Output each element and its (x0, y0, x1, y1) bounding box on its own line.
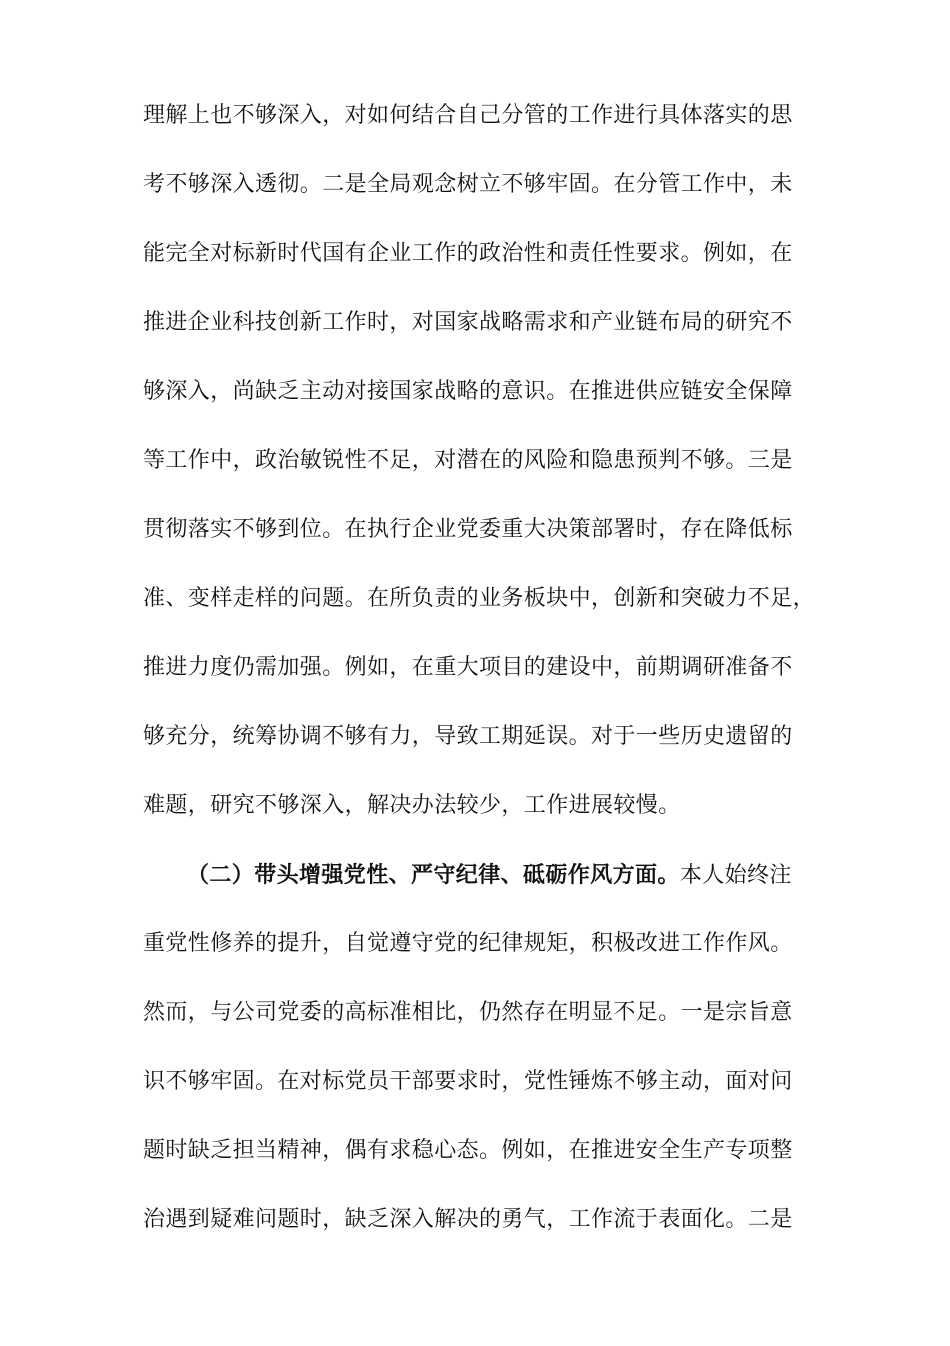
text-line: 理解上也不够深入，对如何结合自己分管的工作进行具体落实的思 (143, 96, 811, 165)
text-line: 够充分，统筹协调不够有力，导致工期延误。对于一些历史遗留的 (143, 717, 811, 786)
text-line: 准、变样走样的问题。在所负责的业务板块中，创新和突破力不足， (143, 579, 811, 648)
text-line: 贯彻落实不够到位。在执行企业党委重大决策部署时，存在降低标 (143, 510, 811, 579)
text-line: 能完全对标新时代国有企业工作的政治性和责任性要求。例如，在 (143, 234, 811, 303)
text-line: 难题，研究不够深入，解决办法较少，工作进展较慢。 (143, 786, 811, 855)
text-line: 考不够深入透彻。二是全局观念树立不够牢固。在分管工作中，未 (143, 165, 811, 234)
section-heading: （二）带头增强党性、严守纪律、砥砺作风方面。 (187, 862, 680, 888)
text-line: 推进企业科技创新工作时，对国家战略需求和产业链布局的研究不 (143, 303, 811, 372)
text-line: 识不够牢固。在对标党员干部要求时，党性锤炼不够主动，面对问 (143, 1062, 811, 1131)
heading-continuation: 本人始终注 (680, 863, 792, 888)
paragraph-1: 理解上也不够深入，对如何结合自己分管的工作进行具体落实的思 考不够深入透彻。二是… (143, 96, 811, 855)
text-line: 重党性修养的提升，自觉遵守党的纪律规矩，积极改进工作作风。 (143, 924, 811, 993)
text-line: 等工作中，政治敏锐性不足，对潜在的风险和隐患预判不够。三是 (143, 441, 811, 510)
text-line: 治遇到疑难问题时，缺乏深入解决的勇气，工作流于表面化。二是 (143, 1200, 811, 1269)
document-page: 理解上也不够深入，对如何结合自己分管的工作进行具体落实的思 考不够深入透彻。二是… (143, 96, 811, 1269)
paragraph-2: （二）带头增强党性、严守纪律、砥砺作风方面。本人始终注 重党性修养的提升，自觉遵… (143, 855, 811, 1269)
text-line: 够深入，尚缺乏主动对接国家战略的意识。在推进供应链安全保障 (143, 372, 811, 441)
text-line: 然而，与公司党委的高标准相比，仍然存在明显不足。一是宗旨意 (143, 993, 811, 1062)
text-line: 推进力度仍需加强。例如，在重大项目的建设中，前期调研准备不 (143, 648, 811, 717)
text-line-first: （二）带头增强党性、严守纪律、砥砺作风方面。本人始终注 (143, 855, 811, 924)
text-line: 题时缺乏担当精神，偶有求稳心态。例如，在推进安全生产专项整 (143, 1131, 811, 1200)
